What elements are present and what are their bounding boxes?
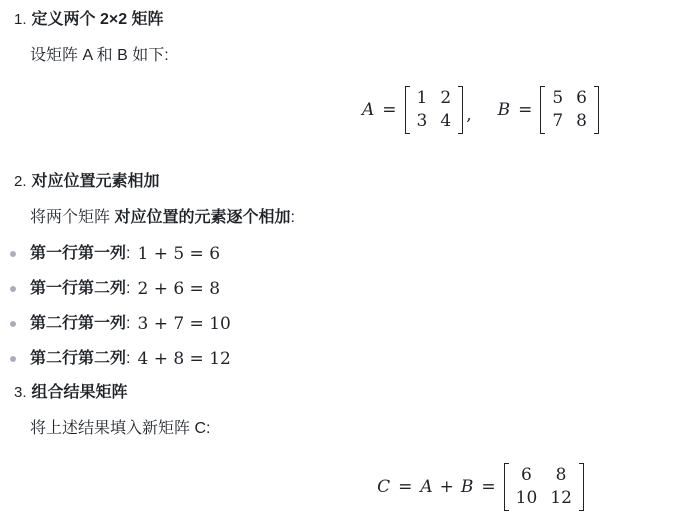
bullet-text: 第一行第一列: bbox=[30, 242, 130, 266]
step-1: 1. 定义两个 2×2 矩阵 设矩阵 A 和 B 如下: A = 1 2 3 4 bbox=[14, 8, 695, 134]
list-item: 第二行第二列: 4 + 8 = 12 bbox=[10, 347, 695, 371]
bullet-equation: 1 + 5 = 6 bbox=[137, 242, 220, 266]
matrix-cell: 10 bbox=[516, 487, 538, 510]
step-1-number: 1. bbox=[14, 8, 27, 32]
list-item: 第二行第一列: 3 + 7 = 10 bbox=[10, 312, 695, 336]
plus-sign: + bbox=[440, 477, 454, 497]
matrix-b-symbol: B bbox=[461, 477, 474, 497]
bullet-equation: 4 + 8 = 12 bbox=[137, 347, 230, 371]
matrix-a: 1 2 3 4 bbox=[405, 86, 464, 134]
matrix-cell: 7 bbox=[552, 110, 563, 133]
step-1-heading: 1. 定义两个 2×2 矩阵 bbox=[14, 8, 695, 32]
matrix-cell: 5 bbox=[552, 87, 563, 110]
step-2-heading: 2. 对应位置元素相加 bbox=[14, 170, 695, 194]
matrix-cell: 4 bbox=[440, 110, 451, 133]
bullet-label: 第一行第一列 bbox=[30, 245, 126, 262]
bullet-text: 第二行第一列: bbox=[30, 312, 130, 336]
matrix-c-cells: 6 8 10 12 bbox=[509, 463, 579, 511]
step-2-number: 2. bbox=[14, 170, 27, 194]
equals-sign: = bbox=[481, 477, 495, 497]
right-bracket-icon bbox=[458, 86, 463, 134]
matrix-cell: 6 bbox=[521, 464, 532, 487]
matrix-cell: 1 bbox=[417, 87, 428, 110]
matrix-cell: 8 bbox=[576, 110, 587, 133]
matrix-cell: 6 bbox=[576, 87, 587, 110]
bullet-label: 第二行第二列 bbox=[30, 350, 126, 367]
bullet-equation: 2 + 6 = 8 bbox=[137, 277, 220, 301]
bullet-icon bbox=[10, 321, 16, 327]
matrix-a-cells: 1 2 3 4 bbox=[410, 86, 459, 134]
right-bracket-icon bbox=[579, 463, 584, 511]
step-3-body: 将上述结果填入新矩阵 C: bbox=[30, 417, 695, 441]
equation-1: A = 1 2 3 4 , B = bbox=[362, 86, 599, 134]
body-colon: : bbox=[290, 209, 294, 226]
bullet-icon bbox=[10, 286, 16, 292]
bullet-equation: 3 + 7 = 10 bbox=[137, 312, 230, 336]
equals-sign: = bbox=[382, 100, 396, 120]
bullet-colon: : bbox=[126, 280, 130, 297]
step-1-body: 设矩阵 A 和 B 如下: bbox=[30, 44, 695, 68]
comma-separator: , bbox=[466, 105, 471, 125]
matrix-c-symbol: C bbox=[377, 477, 390, 497]
matrix-b: 5 6 7 8 bbox=[540, 86, 599, 134]
matrix-cell: 2 bbox=[440, 87, 451, 110]
bullet-colon: : bbox=[126, 350, 130, 367]
right-bracket-icon bbox=[594, 86, 599, 134]
matrix-c: 6 8 10 12 bbox=[504, 463, 584, 511]
bullet-label: 第二行第一列 bbox=[30, 315, 126, 332]
equals-sign: = bbox=[518, 100, 532, 120]
element-sum-list: 第一行第一列: 1 + 5 = 6 第一行第二列: 2 + 6 = 8 第二行第… bbox=[10, 242, 695, 371]
bullet-icon bbox=[10, 251, 16, 257]
body-text-bold: 对应位置的元素逐个相加 bbox=[114, 209, 290, 226]
step-1-title: 定义两个 2×2 矩阵 bbox=[32, 8, 164, 32]
bullet-colon: : bbox=[126, 245, 130, 262]
matrix-cell: 12 bbox=[550, 487, 572, 510]
matrix-a-symbol: A bbox=[420, 477, 432, 497]
step-2-title: 对应位置元素相加 bbox=[32, 170, 160, 194]
bullet-label: 第一行第二列 bbox=[30, 280, 126, 297]
matrix-cell: 3 bbox=[417, 110, 428, 133]
list-item: 第一行第一列: 1 + 5 = 6 bbox=[10, 242, 695, 266]
bullet-colon: : bbox=[126, 315, 130, 332]
equation-2: C = A + B = 6 8 10 12 bbox=[377, 463, 584, 511]
body-text: 将两个矩阵 bbox=[30, 209, 114, 226]
equation-matrix-definition: A = 1 2 3 4 , B = bbox=[30, 86, 695, 134]
step-3-number: 3. bbox=[14, 381, 27, 405]
list-item: 第一行第二列: 2 + 6 = 8 bbox=[10, 277, 695, 301]
bullet-text: 第二行第二列: bbox=[30, 347, 130, 371]
step-3-heading: 3. 组合结果矩阵 bbox=[14, 381, 695, 405]
step-2: 2. 对应位置元素相加 将两个矩阵 对应位置的元素逐个相加: 第一行第一列: 1… bbox=[14, 170, 695, 371]
step-3-title: 组合结果矩阵 bbox=[32, 381, 128, 405]
matrix-cell: 8 bbox=[556, 464, 567, 487]
step-2-body: 将两个矩阵 对应位置的元素逐个相加: bbox=[30, 206, 695, 230]
matrix-b-symbol: B bbox=[498, 100, 511, 120]
equals-sign: = bbox=[398, 477, 412, 497]
bullet-text: 第一行第二列: bbox=[30, 277, 130, 301]
step-3: 3. 组合结果矩阵 将上述结果填入新矩阵 C: C = A + B = 6 8 … bbox=[14, 381, 695, 511]
equation-result: C = A + B = 6 8 10 12 bbox=[30, 463, 695, 511]
matrix-addition-document: 1. 定义两个 2×2 矩阵 设矩阵 A 和 B 如下: A = 1 2 3 4 bbox=[14, 8, 695, 511]
matrix-b-cells: 5 6 7 8 bbox=[545, 86, 594, 134]
bullet-icon bbox=[10, 356, 16, 362]
matrix-a-symbol: A bbox=[362, 100, 374, 120]
